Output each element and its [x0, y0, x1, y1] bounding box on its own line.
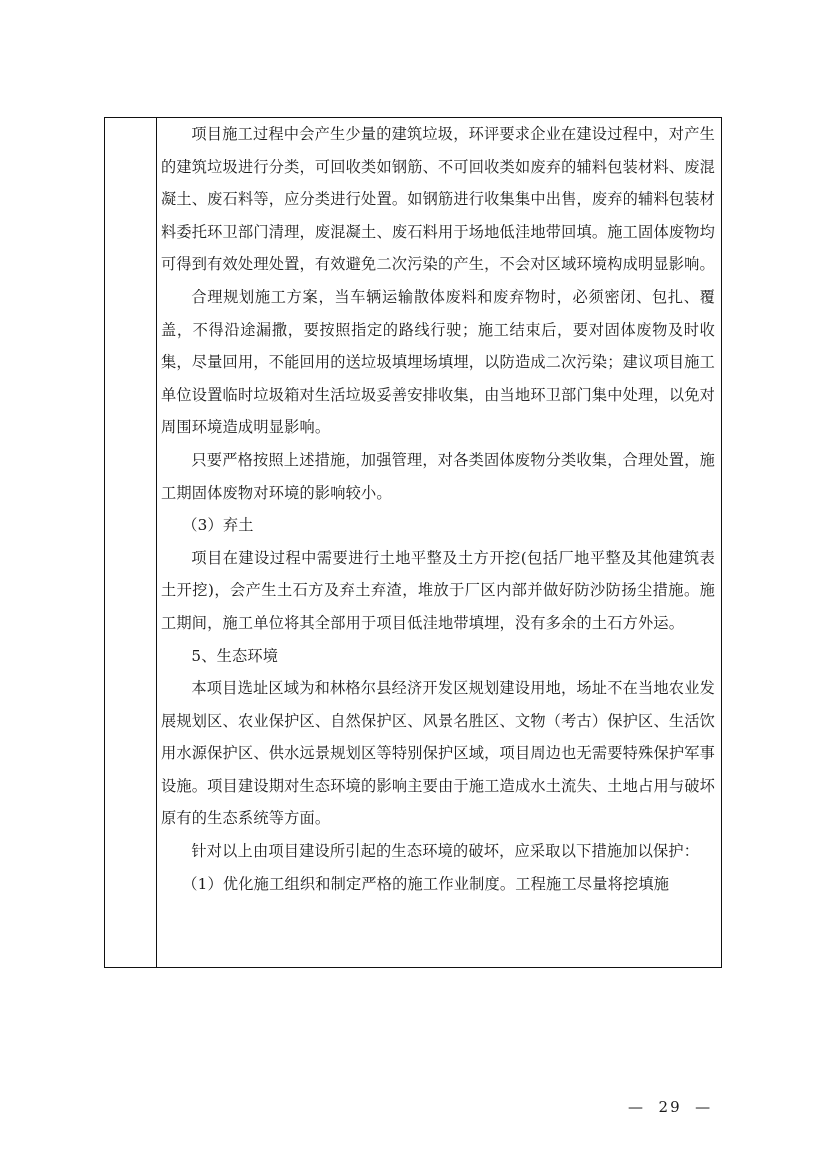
paragraph-measure-1: （1）优化施工组织和制定严格的施工作业制度。工程施工尽量将挖填施: [161, 868, 715, 901]
table-left-column: [105, 118, 157, 967]
page-number: — 29 —: [628, 1098, 712, 1116]
paragraph-construction-plan: 合理规划施工方案，当车辆运输散体废料和废弃物时，必须密闭、包扎、覆盖，不得沿途漏…: [161, 281, 715, 444]
table-content-cell: 项目施工过程中会产生少量的建筑垃圾，环评要求企业在建设过程中，对产生的建筑垃圾进…: [157, 118, 721, 967]
paragraph-protection-measures-intro: 针对以上由项目建设所引起的生态环境的破坏，应采取以下措施加以保护：: [161, 835, 715, 868]
paragraph-site-location: 本项目选址区域为和林格尔县经济开发区规划建设用地，场址不在当地农业发展规划区、农…: [161, 672, 715, 835]
paragraph-solid-waste-summary: 只要严格按照上述措施，加强管理，对各类固体废物分类收集，合理处置，施工期固体废物…: [161, 444, 715, 509]
paragraph-construction-waste: 项目施工过程中会产生少量的建筑垃圾，环评要求企业在建设过程中，对产生的建筑垃圾进…: [161, 118, 715, 281]
paragraph-spoil: 项目在建设过程中需要进行土地平整及土方开挖(包括厂地平整及其他建筑表土开挖)，会…: [161, 542, 715, 640]
heading-ecological-environment: 5、生态环境: [161, 640, 715, 673]
content-table: 项目施工过程中会产生少量的建筑垃圾，环评要求企业在建设过程中，对产生的建筑垃圾进…: [104, 117, 722, 968]
subheading-spoil: （3）弃土: [161, 509, 715, 542]
